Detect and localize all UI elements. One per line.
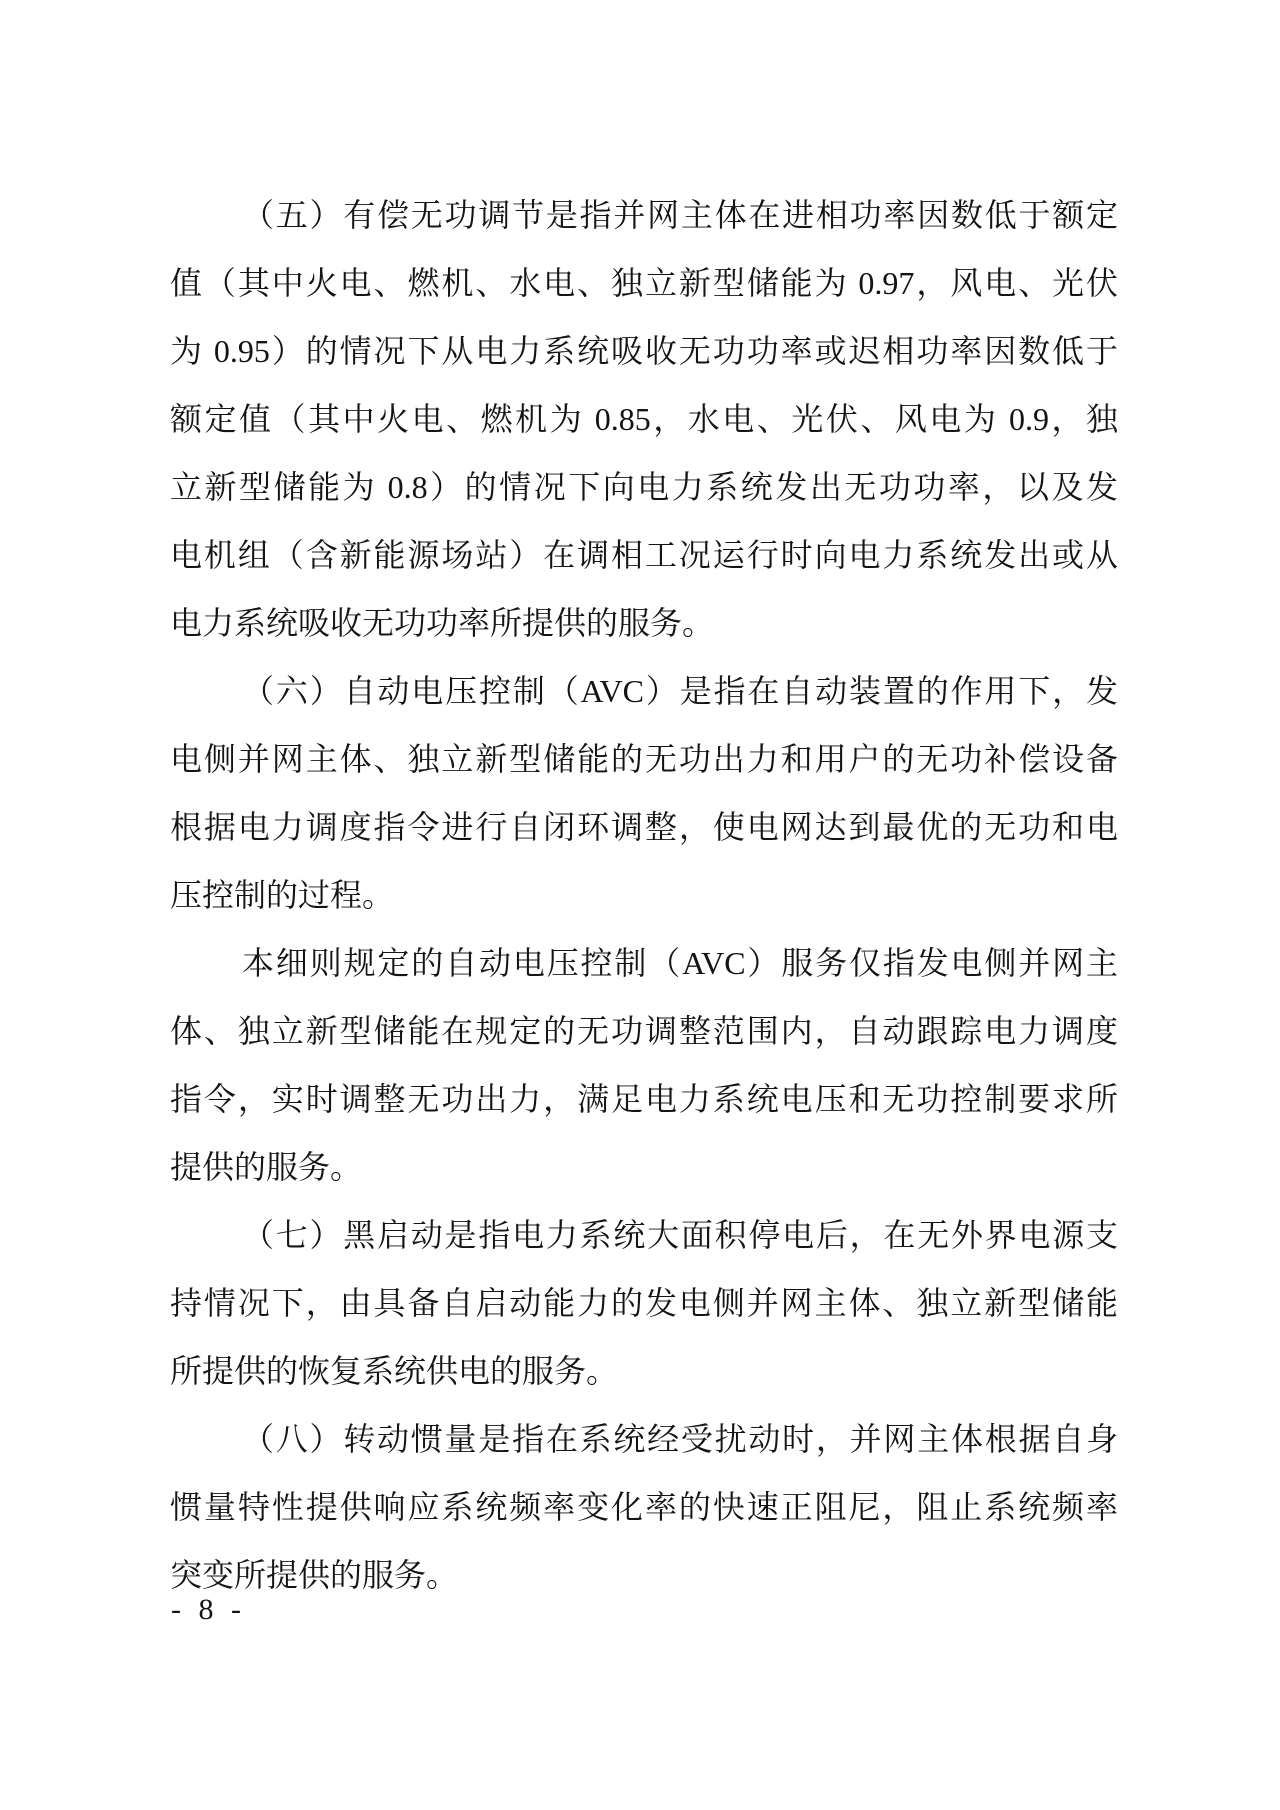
text-line: （六）自动电压控制（AVC）是指在自动装置的作用下，发 [170, 657, 1118, 725]
text-line: 电力系统吸收无功功率所提供的服务。 [170, 589, 1118, 657]
text-line: 值（其中火电、燃机、水电、独立新型储能为 0.97，风电、光伏 [170, 249, 1118, 317]
page-background: （五）有偿无功调节是指并网主体在进相功率因数低于额定 值（其中火电、燃机、水电、… [0, 0, 1280, 1810]
text-line: 惯量特性提供响应系统频率变化率的快速正阻尼，阻止系统频率 [170, 1473, 1118, 1541]
text-line: 电侧并网主体、独立新型储能的无功出力和用户的无功补偿设备 [170, 725, 1118, 793]
text-line: 为 0.95）的情况下从电力系统吸收无功功率或迟相功率因数低于 [170, 317, 1118, 385]
text-line: 本细则规定的自动电压控制（AVC）服务仅指发电侧并网主 [170, 929, 1118, 997]
text-line: 所提供的恢复系统供电的服务。 [170, 1337, 1118, 1405]
text-line: 指令，实时调整无功出力，满足电力系统电压和无功控制要求所 [170, 1065, 1118, 1133]
text-line: 突变所提供的服务。 [170, 1541, 1118, 1609]
text-line: 电机组（含新能源场站）在调相工况运行时向电力系统发出或从 [170, 521, 1118, 589]
text-line: 体、独立新型储能在规定的无功调整范围内，自动跟踪电力调度 [170, 997, 1118, 1065]
text-line: （八）转动惯量是指在系统经受扰动时，并网主体根据自身 [170, 1405, 1118, 1473]
text-line: 立新型储能为 0.8）的情况下向电力系统发出无功功率，以及发 [170, 453, 1118, 521]
page-number: - 8 - [171, 1590, 246, 1630]
text-line: 提供的服务。 [170, 1133, 1118, 1201]
text-line: （五）有偿无功调节是指并网主体在进相功率因数低于额定 [170, 181, 1118, 249]
document-page: { "page": { "background": "#ffffff", "te… [0, 0, 1280, 1810]
text-line: 压控制的过程。 [170, 861, 1118, 929]
text-line: 根据电力调度指令进行自闭环调整，使电网达到最优的无功和电 [170, 793, 1118, 861]
document-text: （五）有偿无功调节是指并网主体在进相功率因数低于额定 值（其中火电、燃机、水电、… [170, 181, 1118, 1609]
text-line: （七）黑启动是指电力系统大面积停电后，在无外界电源支 [170, 1201, 1118, 1269]
text-line: 持情况下，由具备自启动能力的发电侧并网主体、独立新型储能 [170, 1269, 1118, 1337]
text-line: 额定值（其中火电、燃机为 0.85，水电、光伏、风电为 0.9，独 [170, 385, 1118, 453]
